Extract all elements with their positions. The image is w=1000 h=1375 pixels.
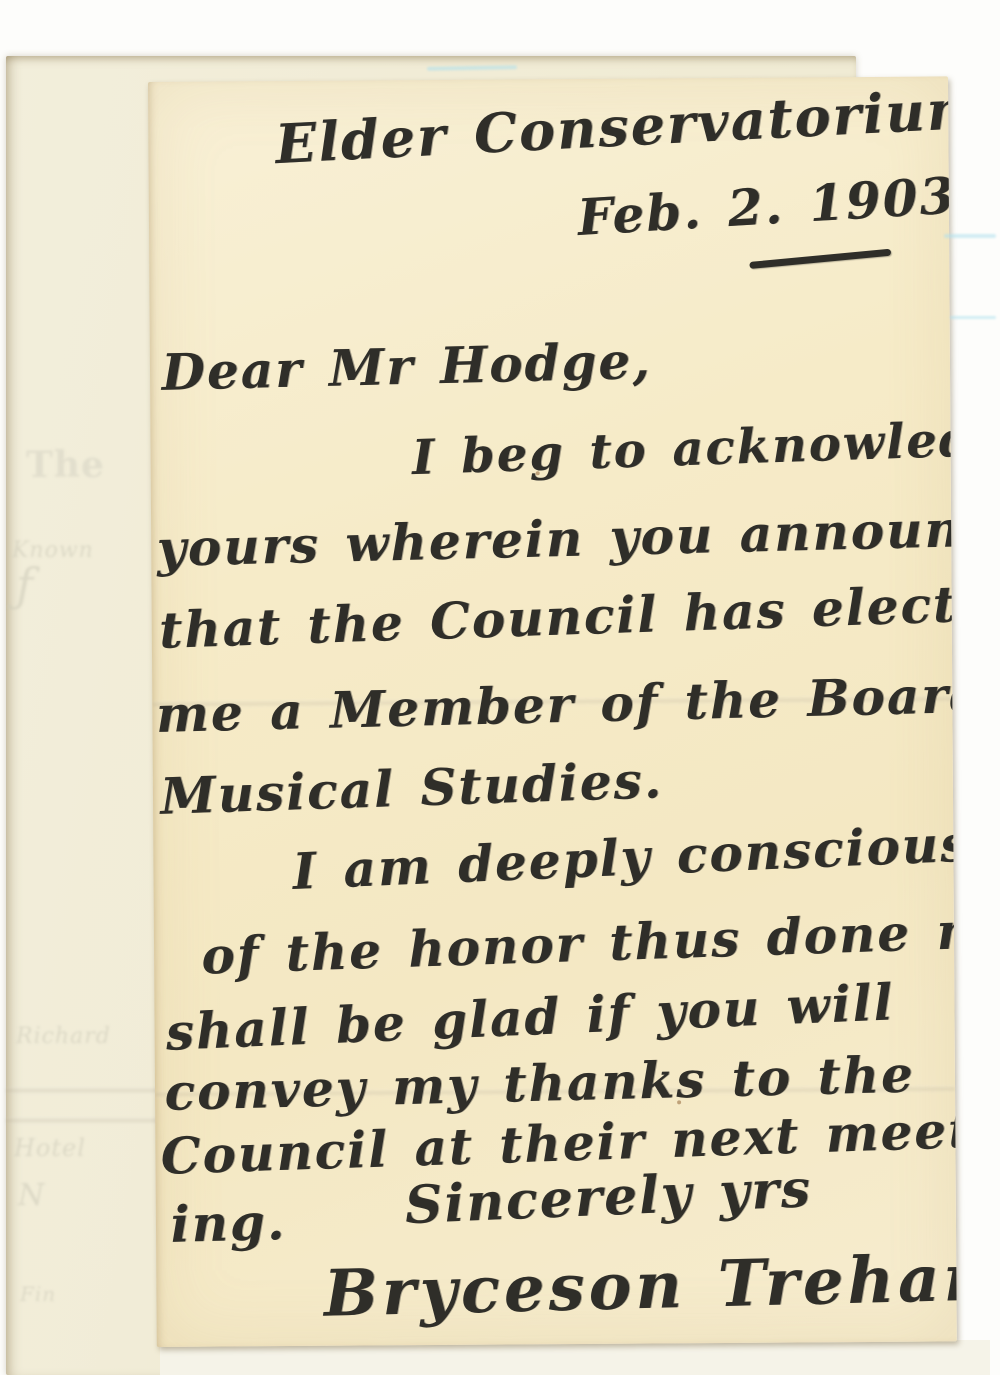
letter-line: yours wherein you announce bbox=[156, 503, 957, 574]
paper-speck bbox=[536, 471, 540, 475]
letter-line: shall be glad if you will bbox=[165, 977, 896, 1057]
scanner-streak bbox=[944, 234, 996, 238]
show-through-text: Richard bbox=[16, 1024, 111, 1049]
show-through-flourish: ƒ bbox=[16, 558, 34, 612]
letter-line: I am deeply conscious bbox=[292, 819, 957, 897]
letter-line: me a Member of the Board of bbox=[155, 668, 956, 740]
show-through-text: The bbox=[26, 444, 105, 486]
date-underline-stroke bbox=[749, 249, 891, 269]
letter-line: that the Council has elected bbox=[158, 577, 956, 656]
letter-closing: Sincerely yrs bbox=[404, 1163, 813, 1232]
letter-signature: Bryceson Treharne bbox=[323, 1244, 957, 1326]
letter-line: of the honor thus done me & bbox=[201, 902, 957, 982]
fold-crease bbox=[6, 1088, 164, 1093]
letter-salutation: Dear Mr Hodge, bbox=[161, 336, 652, 398]
letter-line: Musical Studies. bbox=[160, 755, 664, 822]
paper-speck bbox=[677, 1100, 681, 1104]
letter-heading: Elder Conservatorium. bbox=[274, 80, 957, 171]
show-through-text: N bbox=[18, 1178, 45, 1213]
scanned-letter: { "letter": { "heading": "Elder Conserva… bbox=[0, 0, 1000, 1375]
show-through-text: Hotel bbox=[14, 1134, 86, 1162]
letter-line: ing. bbox=[170, 1197, 287, 1250]
letter-page: Elder Conservatorium. Feb. 2. 1903. Dear… bbox=[148, 76, 957, 1347]
letter-line: I beg to acknowledge bbox=[411, 413, 957, 482]
letter-date: Feb. 2. 1903. bbox=[576, 169, 957, 243]
scanner-streak bbox=[950, 316, 996, 319]
show-through-text: Fin bbox=[20, 1282, 56, 1306]
fold-crease bbox=[6, 1118, 164, 1123]
